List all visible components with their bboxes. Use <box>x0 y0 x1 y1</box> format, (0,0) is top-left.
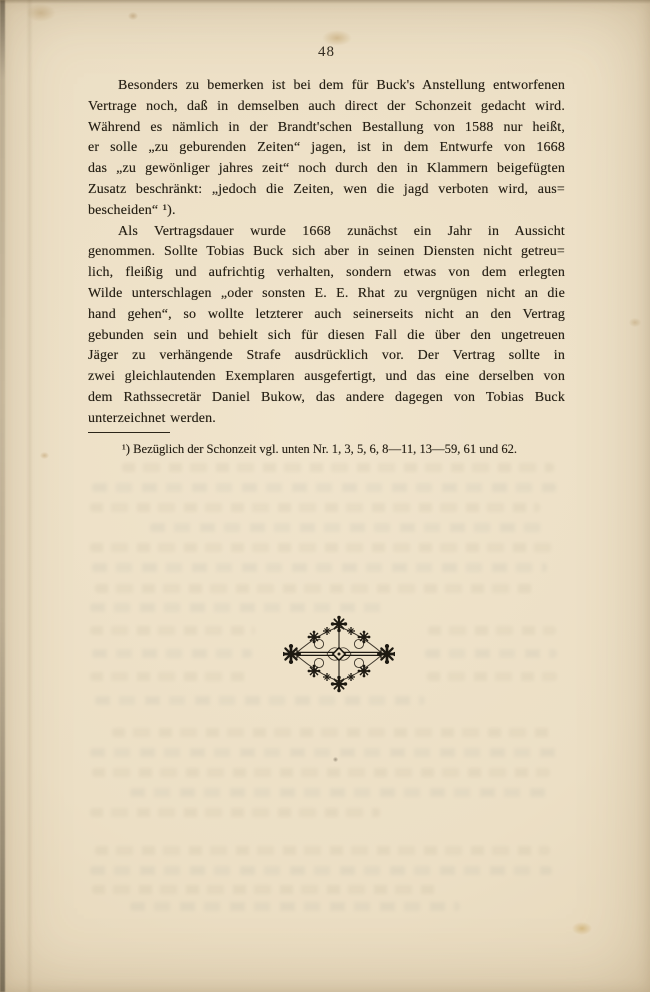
book-page: 48 Besonders zu bemerken ist bei dem für… <box>0 0 650 992</box>
footnote: ¹) Bezüglich der Schonzeit vgl. unten Nr… <box>88 441 568 458</box>
page-number: 48 <box>88 44 565 61</box>
text-line: Vertrage noch, daß in demselben auch dir… <box>88 97 565 118</box>
footnote-separator-rule <box>88 432 170 433</box>
page-top-edge-shadow <box>0 0 650 4</box>
body-text: Besonders zu bemerken ist bei dem für Bu… <box>88 76 565 430</box>
paper-crease <box>26 0 33 992</box>
text-line: Jäger zu verhängende Strafe ausdrücklich… <box>88 346 565 367</box>
text-line: lich, fleißig und aufrichtig verhalten, … <box>88 263 565 284</box>
paragraph: Als Vertragsdauer wurde 1668 zunächst ei… <box>88 222 565 430</box>
text-line: Als Vertragsdauer wurde 1668 zunächst ei… <box>88 222 565 243</box>
page-left-edge-shadow <box>0 0 5 992</box>
text-line: zwei gleichlautenden Exemplaren ausgefer… <box>88 367 565 388</box>
text-line: Während es nämlich in der Brandt'schen B… <box>88 118 565 139</box>
text-line: Wilde unterschlagen „oder sonsten E. E. … <box>88 284 565 305</box>
text-line: Besonders zu bemerken ist bei dem für Bu… <box>88 76 565 97</box>
text-line: er solle „zu geburenden Zeiten“ jagen, i… <box>88 138 565 159</box>
paper-stain <box>26 4 56 22</box>
floral-diamond-fleuron-ornament <box>283 615 395 693</box>
text-line: gebunden sein und behielt sich für diese… <box>88 326 565 347</box>
paper-stain <box>40 452 49 459</box>
text-line: hand gehen“, so wollte letzterer auch se… <box>88 305 565 326</box>
text-line: unterzeichnet werden. <box>88 409 565 430</box>
text-line: Zusatz beschränkt: „jedoch die Zeiten, w… <box>88 180 565 201</box>
text-line: das „zu gewönliger jahres zeit“ noch dur… <box>88 159 565 180</box>
text-line: bescheiden“ ¹). <box>88 201 565 222</box>
text-line: dem Rathssecretär Daniel Bukow, das ande… <box>88 388 565 409</box>
paper-stain <box>572 922 592 935</box>
ink-speck <box>333 757 338 762</box>
paper-stain <box>128 12 138 20</box>
paper-stain <box>629 318 641 327</box>
text-line: genommen. Sollte Tobias Buck sich aber i… <box>88 242 565 263</box>
paragraph: Besonders zu bemerken ist bei dem für Bu… <box>88 76 565 222</box>
